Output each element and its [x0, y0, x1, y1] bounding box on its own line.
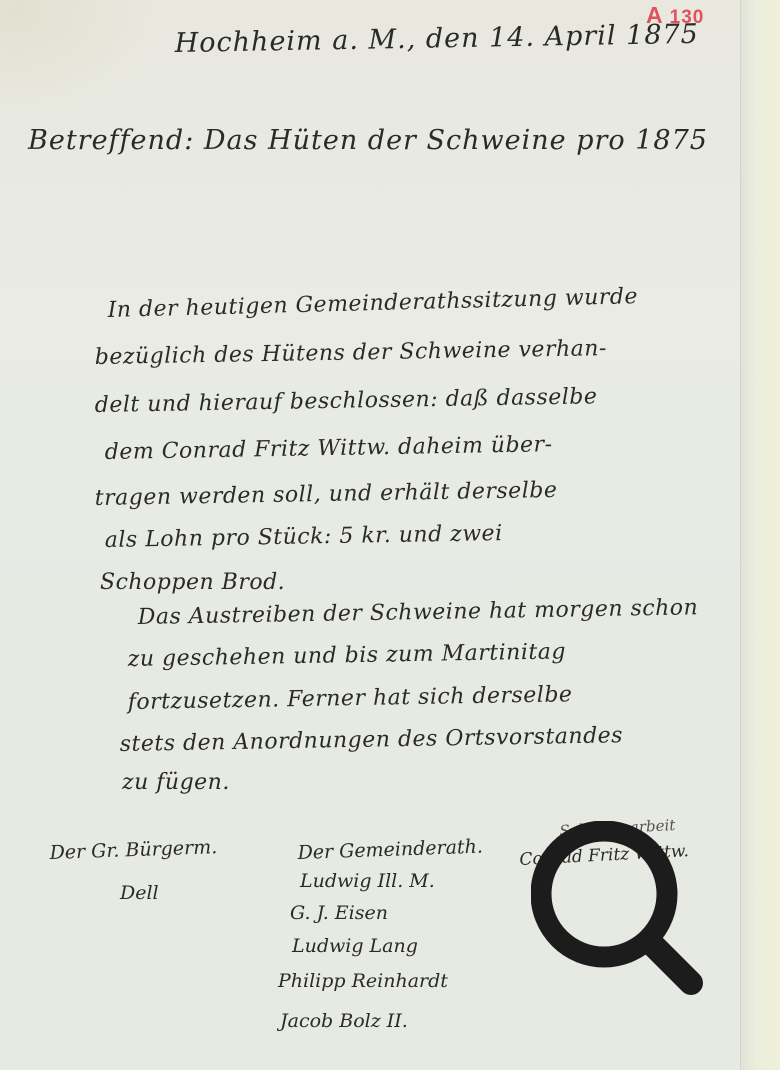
place-date-line: Hochheim a. M., den 14. April 1875: [174, 19, 699, 59]
body-line: In der heutigen Gemeinderathssitzung wur…: [107, 284, 638, 323]
mayor-title: Der Gr. Bürgerm.: [49, 836, 217, 864]
council-signature: Jacob Bolz II.: [280, 1010, 408, 1032]
paper-edge: [740, 0, 780, 1070]
council-signature: G. J. Eisen: [290, 902, 388, 924]
body-line: stets den Anordnungen des Ortsvorstandes: [120, 723, 624, 757]
paper-stain: [0, 0, 160, 120]
body-line: bezüglich des Hütens der Schweine verhan…: [95, 336, 608, 370]
council-signature: Philipp Reinhardt: [278, 970, 448, 992]
body-line: tragen werden soll, und erhält derselbe: [95, 478, 558, 511]
subject-line: Betreffend: Das Hüten der Schweine pro 1…: [28, 125, 708, 156]
body-line: zu fügen.: [122, 770, 230, 795]
body-line: Schoppen Brod.: [100, 570, 285, 595]
body-line: zu geschehen und bis zum Martinitag: [128, 639, 567, 672]
body-line: dem Conrad Fritz Wittw. daheim über-: [105, 432, 553, 465]
body-line: als Lohn pro Stück: 5 kr. und zwei: [105, 521, 503, 553]
council-signature: Ludwig Ill. M.: [300, 870, 435, 892]
mayor-name: Dell: [120, 882, 159, 904]
body-line: fortzusetzen. Ferner hat sich derselbe: [128, 682, 573, 715]
council-signature: Ludwig Lang: [292, 935, 418, 957]
magnifier-icon[interactable]: [531, 821, 711, 1001]
body-line: Das Austreiben der Schweine hat morgen s…: [138, 595, 699, 630]
council-title: Der Gemeinderath.: [297, 836, 483, 864]
body-line: delt und hierauf beschlossen: daß dassel…: [95, 384, 598, 418]
